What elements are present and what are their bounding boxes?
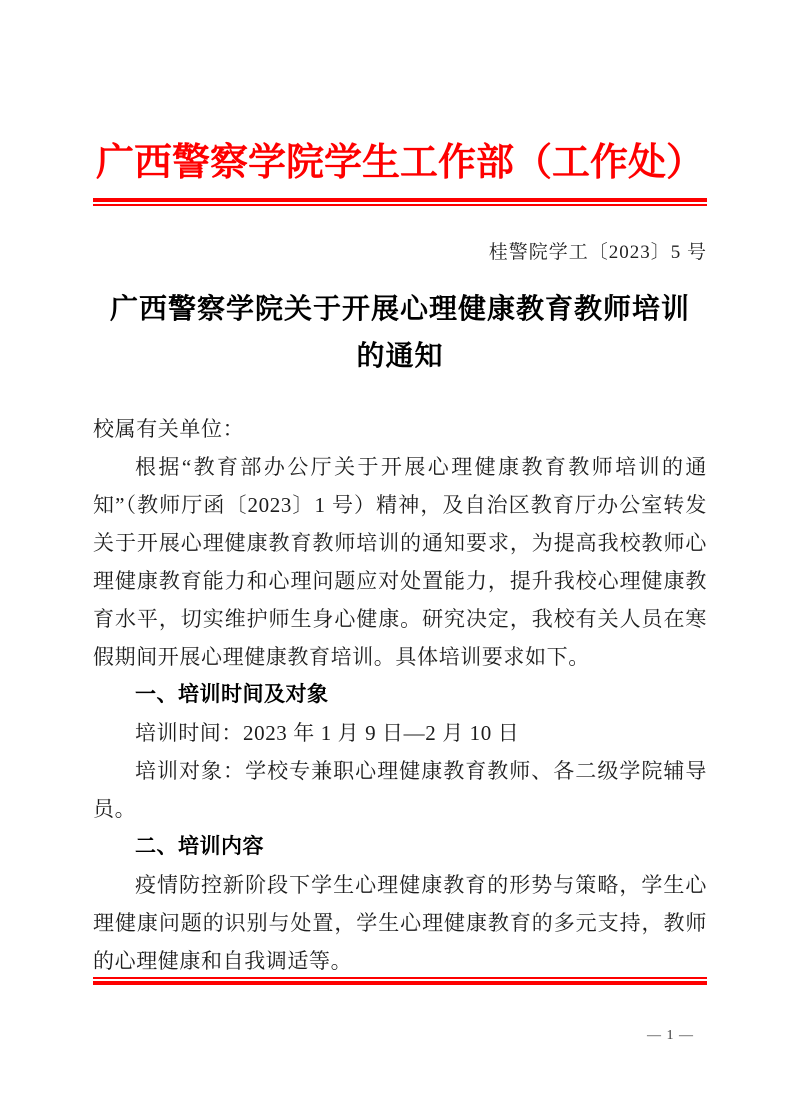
- intro-paragraph: 根据“教育部办公厅关于开展心理健康教育教师培训的通知”（教师厅函〔2023〕1 …: [93, 448, 707, 676]
- red-rule-thick: [93, 981, 707, 985]
- doc-reference-number: 桂警院学工〔2023〕5 号: [93, 237, 707, 264]
- red-rule-thin: [93, 977, 707, 979]
- red-rule-thin: [93, 204, 707, 206]
- section-1-heading: 一、培训时间及对象: [93, 676, 707, 714]
- red-divider-bottom: [93, 977, 707, 985]
- training-time-paragraph: 培训时间：2023 年 1 月 9 日—2 月 10 日: [93, 714, 707, 752]
- red-rule-thick: [93, 198, 707, 202]
- red-divider-top: [93, 198, 707, 206]
- document-page: 广西警察学院学生工作部（工作处） 桂警院学工〔2023〕5 号 广西警察学院关于…: [0, 0, 794, 1107]
- salutation: 校属有关单位：: [93, 410, 707, 448]
- training-content-paragraph: 疫情防控新阶段下学生心理健康教育的形势与策略，学生心理健康问题的识别与处置，学生…: [93, 866, 707, 980]
- notice-title-line1: 广西警察学院关于开展心理健康教育教师培训: [93, 286, 707, 333]
- section-2-heading: 二、培训内容: [93, 828, 707, 866]
- notice-title-line2: 的通知: [93, 333, 707, 380]
- notice-body: 校属有关单位： 根据“教育部办公厅关于开展心理健康教育教师培训的通知”（教师厅函…: [93, 410, 707, 980]
- notice-title: 广西警察学院关于开展心理健康教育教师培训 的通知: [93, 286, 707, 380]
- training-target-paragraph: 培训对象：学校专兼职心理健康教育教师、各二级学院辅导员。: [93, 752, 707, 828]
- letterhead-org-title: 广西警察学院学生工作部（工作处）: [93, 128, 707, 198]
- page-number: — 1 —: [647, 1028, 694, 1044]
- document-content: 广西警察学院学生工作部（工作处） 桂警院学工〔2023〕5 号 广西警察学院关于…: [93, 0, 707, 980]
